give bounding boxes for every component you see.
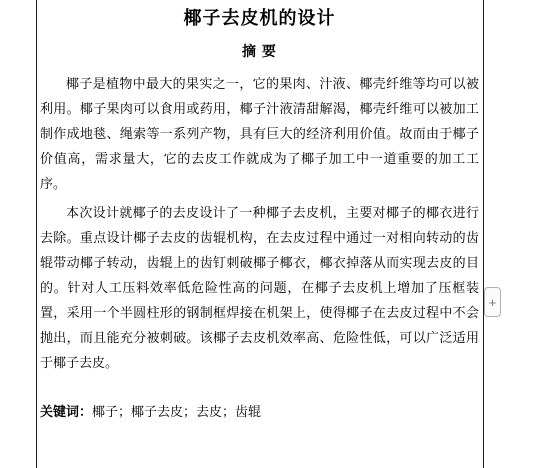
plus-button[interactable]: + [484, 287, 501, 317]
document-title: 椰子去皮机的设计 [40, 7, 479, 30]
page-left-border [36, 0, 37, 468]
plus-icon: + [489, 296, 497, 309]
document-page: 椰子去皮机的设计 摘 要 椰子是植物中最大的果实之一，它的果肉、汁液、椰壳纤维等… [0, 0, 533, 468]
keywords-label: 关键词： [40, 404, 92, 419]
abstract-heading: 摘 要 [40, 43, 479, 59]
abstract-paragraph-1: 椰子是植物中最大的果实之一，它的果肉、汁液、椰壳纤维等均可以被利用。椰子果肉可以… [40, 71, 479, 196]
page-content: 椰子去皮机的设计 摘 要 椰子是植物中最大的果实之一，它的果肉、汁液、椰壳纤维等… [40, 0, 479, 375]
keywords-text: 椰子；椰子去皮；去皮；齿辊 [92, 404, 261, 419]
page-right-border [483, 0, 484, 468]
abstract-paragraph-2: 本次设计就椰子的去皮设计了一种椰子去皮机，主要对椰子的椰衣进行去除。重点设计椰子… [40, 200, 479, 375]
keywords-line: 关键词：椰子；椰子去皮；去皮；齿辊 [40, 399, 479, 424]
